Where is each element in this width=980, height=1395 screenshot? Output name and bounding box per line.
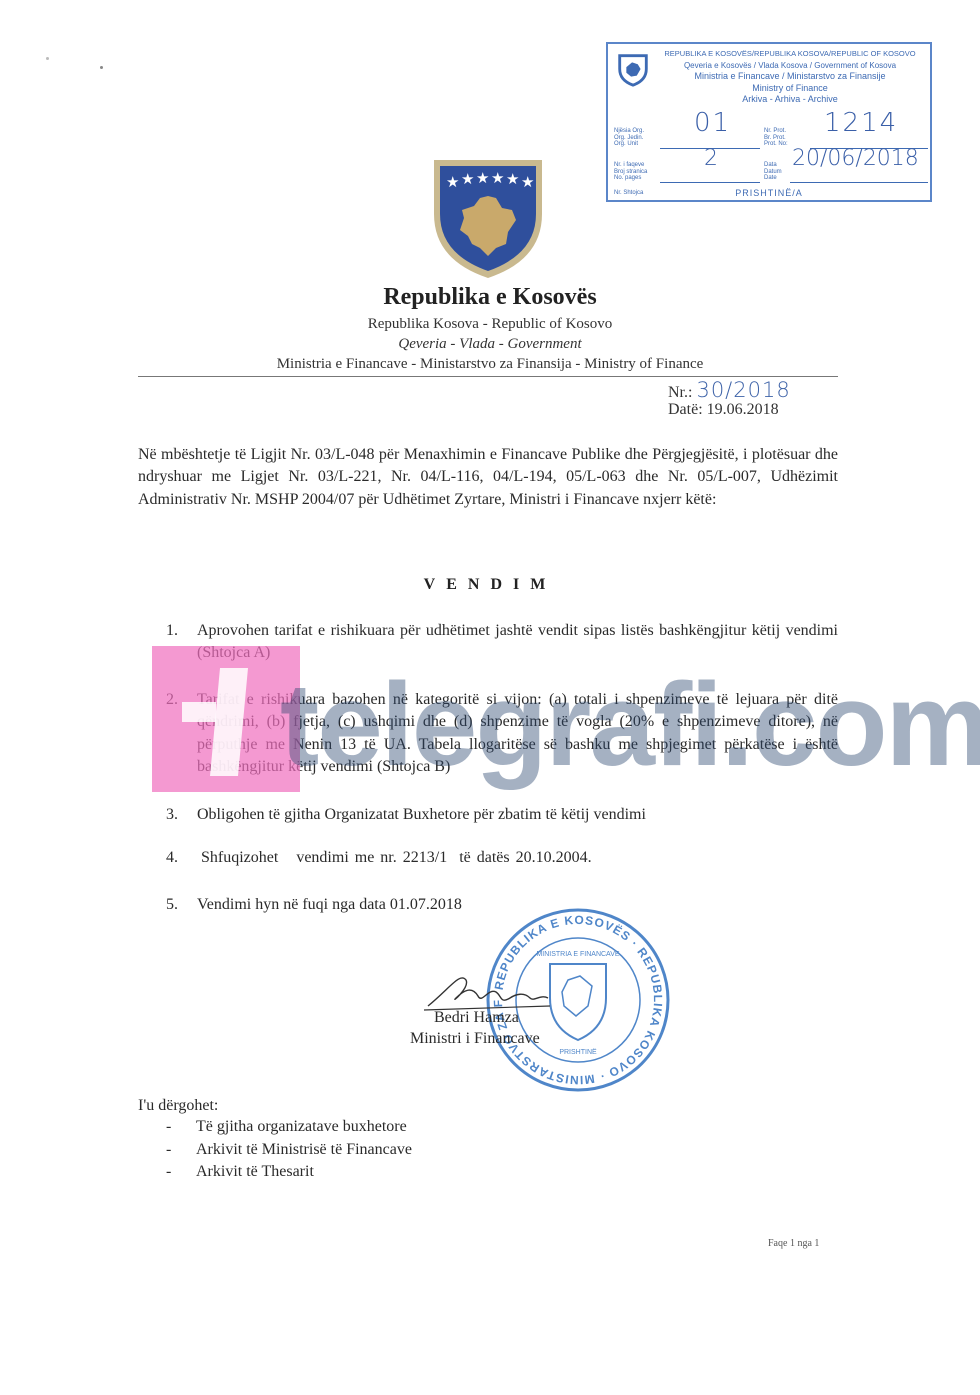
item-number: 3. [166, 804, 178, 826]
header-divider [138, 376, 838, 377]
stamp-label: No. pages [614, 175, 658, 182]
reference-date-value: 19.06.2018 [707, 401, 779, 418]
reference-date-label: Datë: [668, 401, 703, 418]
item-number: 5. [166, 894, 178, 916]
signatory-role: Ministri i Financave [410, 1030, 540, 1048]
svg-text:MINISTRIA E FINANCAVE: MINISTRIA E FINANCAVE [536, 951, 619, 958]
page-number: Faqe 1 nga 1 [768, 1238, 819, 1249]
decision-item: 3. Obligohen të gjitha Organizatat Buxhe… [166, 804, 838, 826]
recipient: Arkivit të Ministrisë të Financave [196, 1141, 412, 1159]
recipient: Arkivit të Thesarit [196, 1163, 314, 1181]
header-government: Qeveria - Vlada - Government [0, 336, 980, 353]
stamp-protocol-value: 1214 [824, 120, 898, 127]
svg-text:PRISHTINË: PRISHTINË [559, 1048, 597, 1056]
reference-number-label: Nr.: [668, 384, 692, 401]
svg-text:★: ★ [446, 173, 459, 191]
decision-item: 4. Shfuqizohet vendimi me nr. 2213/1 të … [166, 847, 842, 869]
svg-text:★: ★ [461, 170, 474, 188]
svg-text:★: ★ [506, 170, 519, 188]
bullet-dash: - [166, 1118, 171, 1136]
distribution-label: I'u dërgohet: [138, 1097, 218, 1115]
coat-of-arms-icon: ★ ★ ★ ★ ★ ★ [428, 152, 548, 282]
svg-text:★: ★ [491, 169, 504, 187]
stamp-city: PRISHTINË/A [608, 188, 930, 198]
stamp-header-line: Ministria e Financave / Ministarstvo za … [654, 71, 926, 83]
watermark-hash-icon [152, 646, 300, 792]
header-ministry: Ministria e Financave - Ministarstvo za … [0, 356, 980, 373]
bullet-dash: - [166, 1163, 171, 1181]
kosovo-emblem-icon [614, 50, 652, 88]
decision-heading: VENDIM [0, 576, 980, 594]
watermark-text: telegrafi.com [280, 660, 980, 790]
bullet-dash: - [166, 1141, 171, 1159]
signatory-name: Bedri Hamza [434, 1009, 519, 1027]
scan-speck [100, 66, 103, 69]
svg-text:★: ★ [476, 169, 489, 187]
recipient: Të gjitha organizatave buxhetore [196, 1118, 407, 1136]
stamp-pages-value: 2 [704, 156, 720, 163]
item-text: Obligohen të gjitha Organizatat Buxhetor… [197, 804, 838, 826]
reference-date: Datë: 19.06.2018 [668, 401, 779, 419]
item-number: 1. [166, 620, 178, 642]
archive-stamp: REPUBLIKA E KOSOVËS/REPUBLIKA KOSOVA/REP… [606, 42, 932, 202]
reference-number: Nr.: 30/2018 [668, 378, 791, 402]
item-number: 4. [166, 847, 178, 869]
stamp-header-line: Ministry of Finance [654, 83, 926, 95]
scan-speck [46, 57, 49, 60]
item-text: Shfuqizohet vendimi me nr. 2213/1 të dat… [201, 847, 842, 869]
preamble-paragraph: Në mbështetje të Ligjit Nr. 03/L-048 për… [138, 444, 838, 511]
page-title: Republika e Kosovës [0, 284, 980, 311]
stamp-label: Date [764, 175, 808, 182]
stamp-header-line: Qeveria e Kosovës / Vlada Kosova / Gover… [654, 60, 926, 72]
svg-text:★: ★ [521, 173, 534, 191]
stamp-header-line: REPUBLIKA E KOSOVËS/REPUBLIKA KOSOVA/REP… [654, 48, 926, 60]
header-subtitle: Republika Kosova - Republic of Kosovo [0, 316, 980, 333]
stamp-label: Org. Unit [614, 141, 658, 148]
stamp-org-unit-value: 01 [694, 120, 731, 127]
stamp-header-line: Arkiva - Arhiva - Archive [654, 94, 926, 106]
stamp-date-value: 20/06/2018 [792, 156, 919, 163]
reference-number-value: 30/2018 [696, 378, 790, 402]
